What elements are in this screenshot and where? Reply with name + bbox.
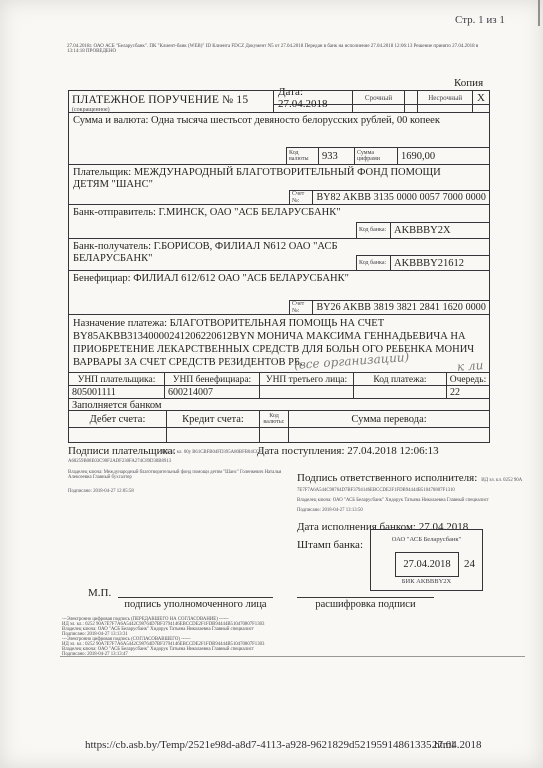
bank-stamp: ОАО "АСБ Беларусбанк" 27.04.2018 24 БИК … — [370, 529, 483, 591]
amount-digits-value: 1690,00 — [398, 151, 438, 162]
payment-code-value — [353, 386, 446, 398]
transfer-amount-header: Сумма перевода: — [288, 411, 489, 427]
executor-label: Подпись ответственного исполнителя: — [297, 472, 477, 484]
mp-label: М.П. — [88, 587, 111, 599]
authorized-signature-line: подпись уполномоченного лица — [118, 597, 273, 610]
non-urgent-checkbox-cell: X — [472, 91, 489, 112]
sender-bank-code-label: Код банка: — [357, 227, 388, 233]
transfer-header-row: Дебет счета: Кредит счета: Код валюты: С… — [69, 410, 489, 427]
scanned-payment-order-page: Стр. 1 из 1 27.04.2018г. ОАО АСБ "Белару… — [0, 0, 543, 768]
queue-header: Очередь: — [446, 373, 489, 385]
payer-account-label: Счет №: — [290, 191, 312, 203]
unp-beneficiary-value: 600214007 — [164, 386, 259, 398]
transfer-values-row — [69, 427, 489, 442]
stamp-bank-name: ОАО "АСБ Беларусбанк" — [371, 536, 482, 543]
queue-value: 22 — [446, 386, 489, 398]
payer-signature-hash: A68259B08E03C90F2ADF230FA274C89D38B8913 — [68, 459, 171, 464]
currency-code-label: Код валюты — [287, 150, 318, 162]
currency-code-value: 933 — [319, 151, 341, 162]
order-date: Дата: 27.04.2018 — [274, 91, 352, 105]
page-number: Стр. 1 из 1 — [455, 14, 505, 26]
unp-payer-value: 805001111 — [69, 386, 164, 398]
sender-bank-row: Банк-отправитель: Г.МИНСК, ОАО "АСБ БЕЛА… — [69, 204, 489, 238]
electronic-signature-block: ---Электронно цифровая подпись (ПЕРЕДАВШ… — [62, 617, 372, 657]
credit-account-header: Кредит счета: — [166, 411, 259, 427]
payer-key-owner: Владелец ключа: Международный благотвори… — [68, 470, 296, 480]
amount-digits-label: Сумма цифрами — [355, 150, 397, 162]
unp-values-row: 805001111 600214007 22 — [69, 385, 489, 398]
receiver-bank-name: Банк-получатель: Г.БОРИСОВ, ФИЛИАЛ N612 … — [69, 239, 374, 264]
footer-date: 27.04.2018 — [432, 739, 482, 751]
system-header: 27.04.2018г. ОАО АСБ "Беларусбанк". ПК "… — [67, 44, 539, 55]
urgent-checkbox-cell — [404, 91, 417, 112]
non-urgent-label: Несрочный — [418, 94, 472, 102]
debit-account-value — [69, 428, 166, 442]
debit-account-header: Дебет счета: — [69, 411, 166, 427]
executor-sign-id: ИД эл. кл. 0252 90A — [481, 478, 522, 483]
beneficiary-account-strip: Счет №: BY26 AKBB 3819 3821 2841 1620 00… — [289, 300, 489, 314]
payer-row: Плательщик: МЕЖДУНАРОДНЫЙ БЛАГОТВОРИТЕЛЬ… — [69, 164, 489, 204]
order-title: ПЛАТЕЖНОЕ ПОРУЧЕНИЕ № 15 — [69, 91, 273, 106]
receiver-bank-row: Банк-получатель: Г.БОРИСОВ, ФИЛИАЛ N612 … — [69, 238, 489, 270]
urgent-label: Срочный — [353, 94, 405, 102]
credit-account-value — [166, 428, 259, 442]
non-urgent-mark: X — [473, 92, 489, 104]
unp-payer-header: УНП плательщика: — [69, 373, 164, 385]
footer-url: https://cb.asb.by/Temp/2521e98d-a8d7-411… — [85, 739, 454, 751]
receiver-bank-code-strip: Код банка: AKBBBY21612 — [356, 255, 489, 270]
purpose-text: Назначение платежа: БЛАГОТВОРИТЕЛЬНАЯ ПО… — [69, 315, 489, 369]
scan-artifact — [538, 0, 540, 26]
sender-bank-code-value: AKBBBY2X — [391, 225, 454, 236]
payer-account-strip: Счет №: BY82 AKBB 3135 0000 0057 7000 00… — [289, 190, 489, 204]
transfer-amount-value — [288, 428, 489, 442]
sender-bank-name: Банк-отправитель: Г.МИНСК, ОАО "АСБ БЕЛА… — [69, 205, 489, 219]
received-date: Дата поступления: 27.04.2018 12:06:13 — [257, 445, 439, 457]
sender-bank-code-strip: Код банка: AKBBBY2X — [356, 222, 489, 238]
stamp-number: 24 — [464, 558, 475, 570]
beneficiary-account-value: BY26 AKBB 3819 3821 2841 1620 0000 — [313, 302, 489, 313]
transfer-currency-header: Код валюты: — [259, 411, 288, 427]
signature-decrypt-line: расшифровка подписи — [297, 597, 434, 610]
payer-signatures-label: Подписи плательщика: — [68, 445, 176, 457]
payment-code-header: Код платежа: — [353, 373, 446, 385]
executor-signed-date: Подписано: 2018-04-27 13:13:50 — [297, 508, 540, 513]
beneficiary-name: Бенефициар: ФИЛИАЛ 612/612 ОАО "АСБ БЕЛА… — [69, 271, 489, 285]
copy-label: Копия — [454, 77, 483, 89]
system-header-line1: 27.04.2018г. ОАО АСБ "Беларусбанк". ПК "… — [67, 44, 539, 49]
payer-signature-id: ИД эл. кл. 00y B61CBFB04FD395A80BFB04CCF — [162, 450, 262, 455]
unp-third-party-header: УНП третьего лица: — [259, 373, 353, 385]
payer-name: Плательщик: МЕЖДУНАРОДНЫЙ БЛАГОТВОРИТЕЛЬ… — [69, 165, 477, 190]
system-header-line2: 13:14:18 ПРОВЕДЕНО — [67, 49, 539, 54]
stamp-bik: БИК AKBBBY2X — [371, 578, 482, 585]
transfer-currency-value — [259, 428, 288, 442]
amount-row: Сумма и валюта: Одна тысяча шестьсот дев… — [69, 112, 489, 164]
header-row: ПЛАТЕЖНОЕ ПОРУЧЕНИЕ № 15 (сокращенное) Д… — [69, 91, 489, 112]
purpose-row: Назначение платежа: БЛАГОТВОРИТЕЛЬНАЯ ПО… — [69, 314, 489, 372]
payer-signed-date: Подписано: 2018-04-27 12:05:58 — [68, 489, 296, 494]
unp-beneficiary-header: УНП бенефициара: — [164, 373, 259, 385]
order-date-cell: Дата: 27.04.2018 — [273, 91, 352, 112]
non-urgent-cell: Несрочный — [417, 91, 472, 112]
payer-account-value: BY82 AKBB 3135 0000 0057 7000 0000 — [313, 192, 489, 203]
beneficiary-account-label: Счет №: — [290, 301, 312, 313]
executor-sign-hash: 7E7F7A6A544C98764D7BF3794146EBCCDE2F1FDB… — [297, 488, 540, 493]
order-title-cell: ПЛАТЕЖНОЕ ПОРУЧЕНИЕ № 15 (сокращенное) — [69, 91, 273, 112]
divider-line — [60, 656, 525, 657]
payer-key-block: Владелец ключа: Международный благотвори… — [68, 470, 296, 495]
urgent-cell: Срочный — [352, 91, 405, 112]
bank-fill-row: Заполняется банком — [69, 398, 489, 410]
unp-header-row: УНП плательщика: УНП бенефициара: УНП тр… — [69, 372, 489, 385]
amount-strip: Код валюты 933 Сумма цифрами 1690,00 — [286, 147, 489, 164]
beneficiary-row: Бенефициар: ФИЛИАЛ 612/612 ОАО "АСБ БЕЛА… — [69, 270, 489, 314]
executor-key-owner: Владелец ключа: ОАО "АСБ Беларусбанк" Хи… — [297, 498, 540, 503]
receiver-bank-code-label: Код банка: — [357, 260, 388, 266]
stamp-date-box: 27.04.2018 — [395, 552, 459, 577]
unp-third-party-value — [259, 386, 353, 398]
payment-order-form: ПЛАТЕЖНОЕ ПОРУЧЕНИЕ № 15 (сокращенное) Д… — [68, 90, 490, 443]
receiver-bank-code-value: AKBBBY21612 — [391, 258, 467, 269]
amount-words: Сумма и валюта: Одна тысяча шестьсот дев… — [69, 113, 489, 127]
